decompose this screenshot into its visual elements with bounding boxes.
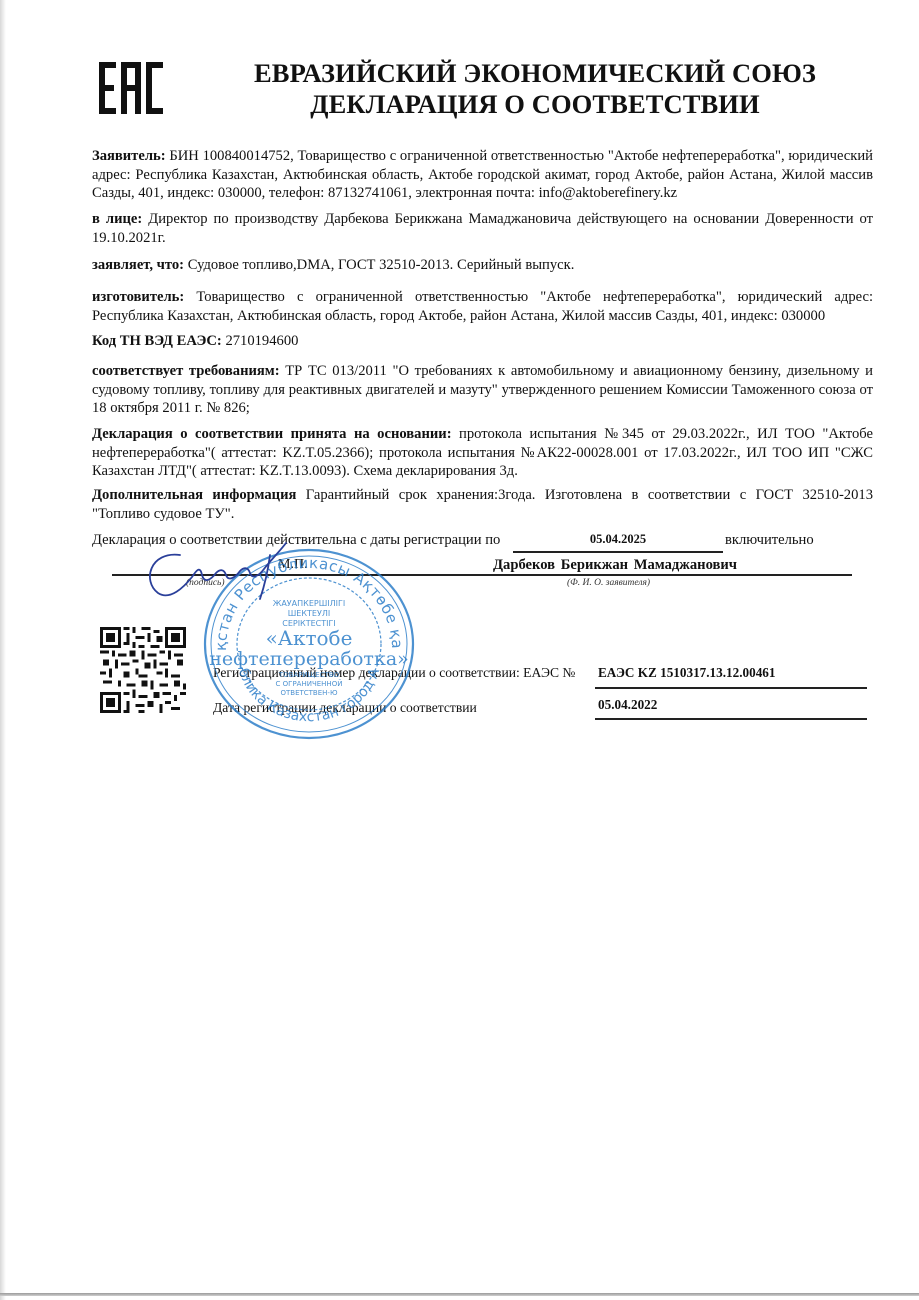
represented-by-text: Директор по производству Дарбекова Берик… — [92, 211, 873, 246]
valid-until-underline — [513, 551, 723, 553]
hs-code-section: Код ТН ВЭД ЕАЭС: 2710194600 — [92, 332, 873, 351]
manufacturer-section: изготовитель: Товарищество с ограниченно… — [92, 288, 873, 325]
seal-place-label: М.П. — [278, 557, 308, 573]
qr-code-icon — [100, 627, 186, 713]
registration-date-underline — [595, 718, 867, 720]
applicant-text: БИН 100840014752, Товарищество с огранич… — [92, 148, 873, 201]
registration-number-label: Регистрационный номер декларации о соотв… — [213, 665, 575, 681]
basis-label: Декларация о соответствии принята на осн… — [92, 426, 452, 442]
validity-prefix: Декларация о соответствии действительна … — [92, 532, 500, 549]
declares-text: Судовое топливо,DMA, ГОСТ 32510-2013. Се… — [184, 257, 574, 273]
svg-text:ЖАУАПКЕРШІЛІГІ: ЖАУАПКЕРШІЛІГІ — [273, 599, 346, 608]
manufacturer-text: Товарищество с ограниченной ответственно… — [92, 289, 873, 324]
represented-by-label: в лице: — [92, 211, 142, 227]
requirements-section: соответствует требованиям: ТР ТС 013/201… — [92, 362, 873, 418]
manufacturer-label: изготовитель: — [92, 289, 184, 305]
hs-code-value: 2710194600 — [222, 333, 299, 349]
registration-number-underline — [595, 687, 867, 689]
applicant-section: Заявитель: БИН 100840014752, Товариществ… — [92, 147, 873, 203]
additional-info-section: Дополнительная информация Гарантийный ср… — [92, 486, 873, 523]
document-title: ЕВРАЗИЙСКИЙ ЭКОНОМИЧЕСКИЙ СОЮЗ ДЕКЛАРАЦИ… — [190, 58, 880, 120]
applicant-name: Дарбеков Берикжан Мамаджанович — [493, 557, 737, 574]
registration-date-label: Дата регистрации декларации о соответств… — [213, 700, 477, 716]
scan-edge-left — [0, 0, 6, 1300]
title-union: ЕВРАЗИЙСКИЙ ЭКОНОМИЧЕСКИЙ СОЮЗ — [190, 58, 880, 89]
svg-text:«Актобе: «Актобе — [266, 626, 353, 650]
valid-until-date: 05.04.2025 — [513, 532, 723, 547]
svg-text:ОТВЕТСТВЕН-Ю: ОТВЕТСТВЕН-Ю — [280, 689, 337, 697]
svg-text:ШЕКТЕУЛІ: ШЕКТЕУЛІ — [288, 609, 330, 618]
title-declaration: ДЕКЛАРАЦИЯ О СООТВЕТСТВИИ — [190, 89, 880, 120]
additional-info-label: Дополнительная информация — [92, 487, 296, 503]
represented-by-section: в лице: Директор по производству Дарбеко… — [92, 210, 873, 247]
registration-date-value: 05.04.2022 — [598, 697, 657, 713]
requirements-label: соответствует требованиям: — [92, 363, 280, 379]
basis-section: Декларация о соответствии принята на осн… — [92, 425, 873, 481]
signature-caption: (подпись) — [186, 578, 225, 588]
eac-logo-icon — [99, 62, 163, 114]
hs-code-label: Код ТН ВЭД ЕАЭС: — [92, 333, 222, 349]
declares-label: заявляет, что: — [92, 257, 184, 273]
signature-underline — [112, 574, 852, 576]
applicant-label: Заявитель: — [92, 148, 166, 164]
registration-number-value: ЕАЭС KZ 1510317.13.12.00461 — [598, 665, 776, 681]
declares-section: заявляет, что: Судовое топливо,DMA, ГОСТ… — [92, 256, 873, 275]
validity-suffix: включительно — [725, 532, 814, 549]
handwritten-signature-icon — [140, 541, 300, 603]
fio-caption: (Ф. И. О. заявителя) — [567, 578, 650, 588]
scan-edge-bottom — [0, 1293, 919, 1296]
svg-text:СЕРІКТЕСТІГІ: СЕРІКТЕСТІГІ — [282, 619, 336, 628]
